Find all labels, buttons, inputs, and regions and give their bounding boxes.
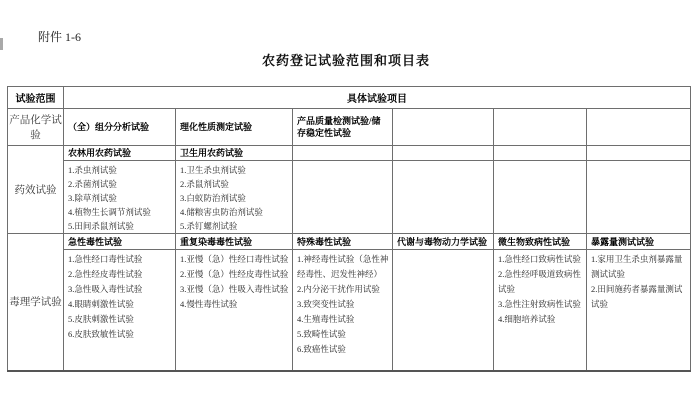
list-item: 3.致突变性试验 [297,297,389,312]
list-item: 2.内分泌干扰作用试验 [297,282,389,297]
list-item: 4.生殖毒性试验 [297,312,389,327]
subheader-microbial-pathogenicity: 微生物致病性试验 [494,234,587,250]
empty-cell [494,161,587,234]
empty-cell [393,161,494,234]
document-page: 附件 1-6 农药登记试验范围和项目表 试验范围 具体试验项目 产品化学试验 （… [0,0,692,413]
subheader-special-toxicity: 特殊毒性试验 [293,234,393,250]
cell-hygiene-pesticide-items: 1.卫生杀虫剂试验2.杀鼠剂试验3.白蚁防治剂试验4.储粮害虫防治剂试验5.杀钉… [176,161,293,234]
list-item: 4.眼睛刺激性试验 [68,297,172,312]
empty-cell [293,161,393,234]
page-title: 农药登记试验范围和项目表 [0,50,692,69]
empty-cell [393,146,494,161]
list-item: 3.白蚁防治剂试验 [180,191,289,205]
subheader-metabolism-toxicokinetics: 代谢与毒物动力学试验 [393,234,494,250]
list-item: 2.急性经皮毒性试验 [68,267,172,282]
list-item: 1.神经毒性试验（急性神经毒性、迟发性神经） [297,252,389,282]
toxicology-items-row: 1.急性经口毒性试验2.急性经皮毒性试验3.急性吸入毒性试验4.眼睛刺激性试验5… [8,250,691,371]
cell-repeated-toxicity-items: 1.亚慢（急）性经口毒性试验2.亚慢（急）性经皮毒性试验3.亚慢（急）性吸入毒性… [176,250,293,371]
subheader-exposure-measurement: 暴露量测试试验 [587,234,691,250]
list-item: 1.急性经口毒性试验 [68,252,172,267]
list-item: 5.皮肤刺激性试验 [68,312,172,327]
items-header-cell: 具体试验项目 [64,87,691,109]
toxicology-subheader-row: 毒理学试验 急性毒性试验 重复染毒毒性试验 特殊毒性试验 代谢与毒物动力学试验 … [8,234,691,250]
list-item: 3.除草剂试验 [68,191,172,205]
cell-component-analysis: （全）组分分析试验 [64,109,176,146]
scope-header-cell: 试验范围 [8,87,64,109]
list-item: 2.急性经呼吸道致病性试验 [498,267,583,297]
list-item: 4.慢性毒性试验 [180,297,289,312]
row-label-toxicology: 毒理学试验 [8,234,64,371]
cell-agri-pesticide-items: 1.杀虫剂试验2.杀菌剂试验3.除草剂试验4.植物生长调节剂试验5.田间杀鼠剂试… [64,161,176,234]
attachment-label: 附件 1-6 [38,28,81,45]
list-item: 6.致癌性试验 [297,342,389,357]
row-label-product-chemistry: 产品化学试验 [8,109,64,146]
cell-microbial-items: 1.急性经口致病性试验2.急性经呼吸道致病性试验3.急性注射致病性试验4.细胞培… [494,250,587,371]
list-item: 6.皮肤致敏性试验 [68,327,172,342]
efficacy-subheader-row: 药效试验 农林用农药试验 卫生用农药试验 [8,146,691,161]
registration-test-table: 试验范围 具体试验项目 产品化学试验 （全）组分分析试验 理化性质测定试验 产品… [7,86,691,372]
list-item: 4.植物生长调节剂试验 [68,205,172,219]
cell-physchem-properties: 理化性质测定试验 [176,109,293,146]
subheader-repeated-toxicity: 重复染毒毒性试验 [176,234,293,250]
cell-special-toxicity-items: 1.神经毒性试验（急性神经毒性、迟发性神经）2.内分泌干扰作用试验3.致突变性试… [293,250,393,371]
subheader-hygiene-pesticide: 卫生用农药试验 [176,146,293,161]
list-item: 2.杀菌剂试验 [68,177,172,191]
empty-cell [293,146,393,161]
list-item: 1.家用卫生杀虫剂暴露量测试试验 [591,252,687,282]
cell-quality-storage: 产品质量检测试验/储存稳定性试验 [293,109,393,146]
empty-cell [587,109,691,146]
product-chemistry-row: 产品化学试验 （全）组分分析试验 理化性质测定试验 产品质量检测试验/储存稳定性… [8,109,691,146]
efficacy-items-row: 1.杀虫剂试验2.杀菌剂试验3.除草剂试验4.植物生长调节剂试验5.田间杀鼠剂试… [8,161,691,234]
empty-cell [494,146,587,161]
list-item: 2.杀鼠剂试验 [180,177,289,191]
subheader-acute-toxicity: 急性毒性试验 [64,234,176,250]
list-item: 1.亚慢（急）性经口毒性试验 [180,252,289,267]
list-item: 5.杀钉螺剂试验 [180,219,289,233]
cell-acute-toxicity-items: 1.急性经口毒性试验2.急性经皮毒性试验3.急性吸入毒性试验4.眼睛刺激性试验5… [64,250,176,371]
scan-edge-artifact [0,38,3,50]
cell-exposure-items: 1.家用卫生杀虫剂暴露量测试试验2.田间施药者暴露量测试试验 [587,250,691,371]
list-item: 2.田间施药者暴露量测试试验 [591,282,687,312]
row-label-efficacy: 药效试验 [8,146,64,234]
empty-cell [587,146,691,161]
list-item: 3.急性注射致病性试验 [498,297,583,312]
list-item: 3.急性吸入毒性试验 [68,282,172,297]
list-item: 4.储粮害虫防治剂试验 [180,205,289,219]
header-row: 试验范围 具体试验项目 [8,87,691,109]
list-item: 1.急性经口致病性试验 [498,252,583,267]
empty-cell [587,161,691,234]
list-item: 4.细胞培养试验 [498,312,583,327]
empty-cell [494,109,587,146]
list-item: 5.田间杀鼠剂试验 [68,219,172,233]
empty-cell [393,109,494,146]
cell-metabolism-items [393,250,494,371]
list-item: 1.卫生杀虫剂试验 [180,163,289,177]
subheader-agri-pesticide: 农林用农药试验 [64,146,176,161]
list-item: 1.杀虫剂试验 [68,163,172,177]
list-item: 5.致畸性试验 [297,327,389,342]
list-item: 3.亚慢（急）性吸入毒性试验 [180,282,289,297]
list-item: 2.亚慢（急）性经皮毒性试验 [180,267,289,282]
